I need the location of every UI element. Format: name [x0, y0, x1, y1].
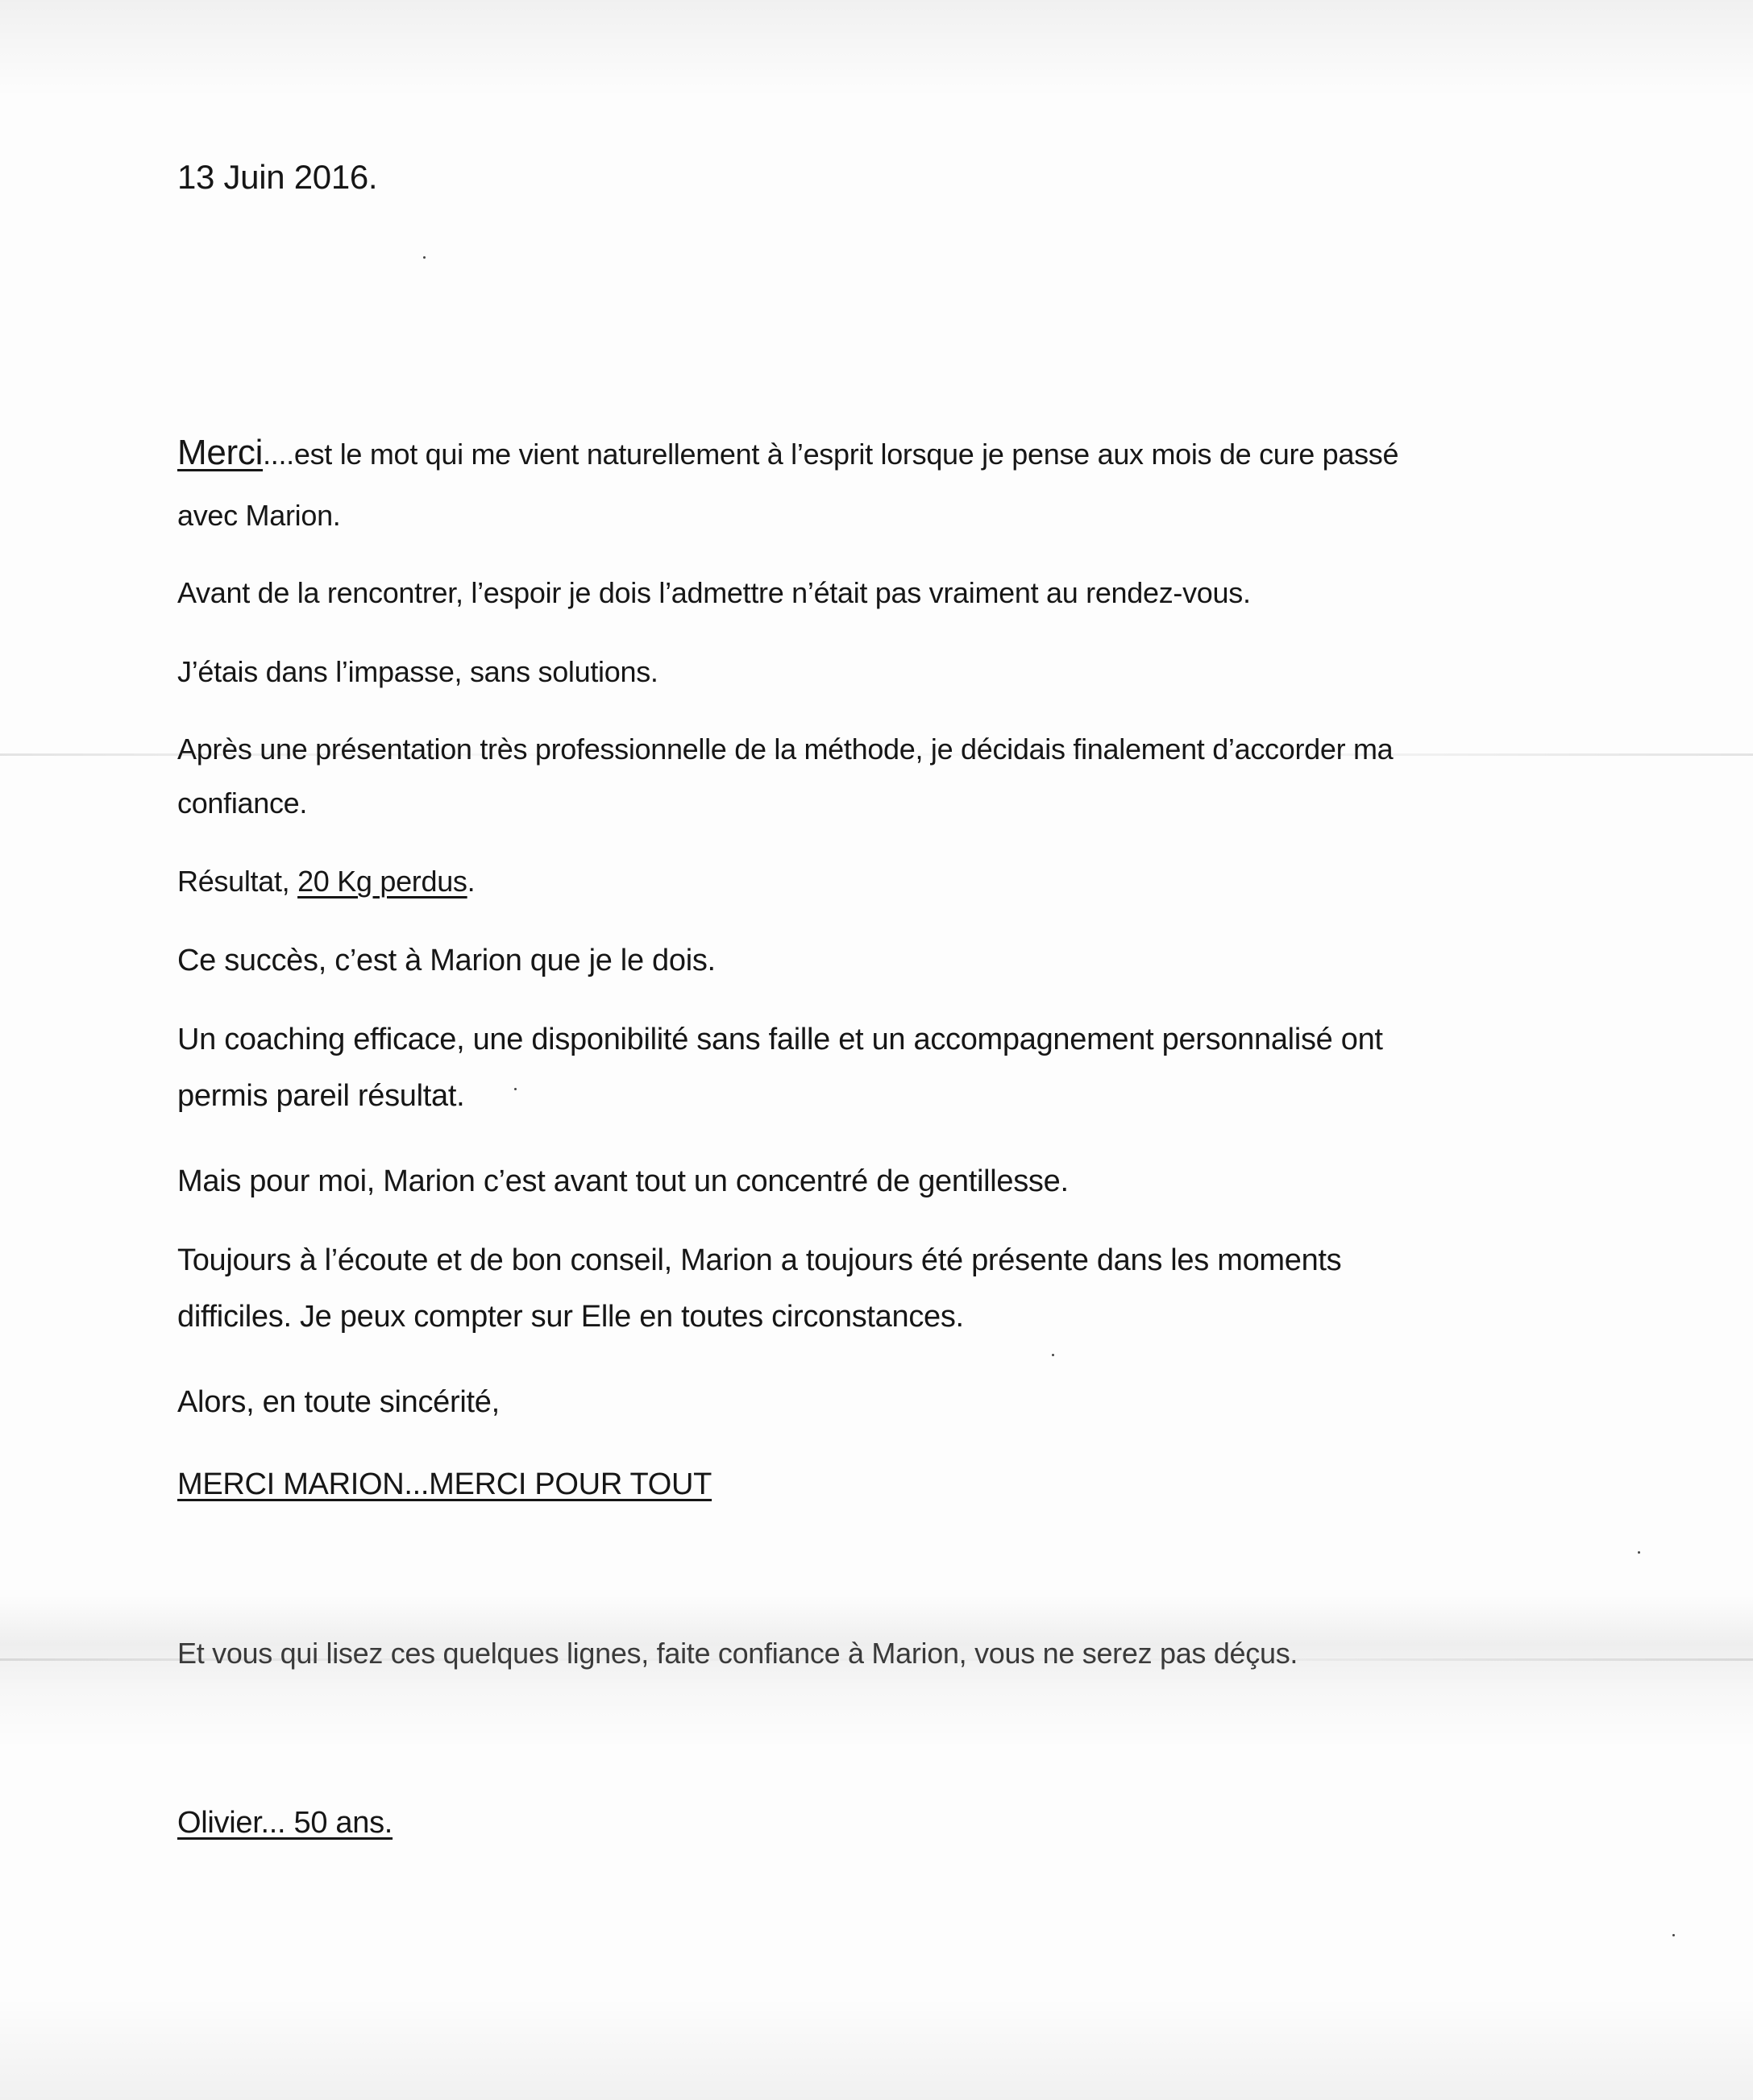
scan-speck: [1052, 1354, 1054, 1356]
letter-date: 13 Juin 2016.: [177, 160, 377, 195]
paragraph-method-line-1: Après une présentation très professionne…: [177, 732, 1393, 767]
paragraph-coaching-line-2: permis pareil résultat.: [177, 1078, 464, 1114]
paragraph-listening-line-2: difficiles. Je peux compter sur Elle en …: [177, 1299, 964, 1334]
merci-emphasis: Merci: [177, 433, 263, 472]
result-line: Résultat, 20 Kg perdus.: [177, 864, 475, 899]
paragraph-sincerity: Alors, en toute sincérité,: [177, 1384, 500, 1420]
paragraph-kindness: Mais pour moi, Marion c’est avant tout u…: [177, 1164, 1069, 1199]
paragraph-success: Ce succès, c’est à Marion que je le dois…: [177, 943, 716, 978]
paragraph-method-line-2: confiance.: [177, 786, 307, 821]
result-label: Résultat,: [177, 865, 297, 898]
paragraph-hope: Avant de la rencontrer, l’espoir je dois…: [177, 575, 1251, 611]
scan-speck: [423, 256, 426, 259]
paragraph-coaching-line-1: Un coaching efficace, une disponibilité …: [177, 1022, 1383, 1057]
opening-line: Merci....est le mot qui me vient naturel…: [177, 435, 1398, 472]
result-value: 20 Kg perdus: [297, 865, 467, 898]
result-end: .: [467, 865, 476, 898]
scan-speck: [1638, 1551, 1640, 1554]
paragraph-listening-line-1: Toujours à l’écoute et de bon conseil, M…: [177, 1243, 1341, 1278]
postscript-line: Et vous qui lisez ces quelques lignes, f…: [177, 1636, 1298, 1671]
signature: Olivier... 50 ans.: [177, 1805, 393, 1841]
scan-speck: [1672, 1934, 1675, 1936]
opening-line-2: avec Marion.: [177, 498, 341, 533]
opening-text: ....est le mot qui me vient naturellemen…: [263, 438, 1398, 471]
paragraph-impasse: J’étais dans l’impasse, sans solutions.: [177, 654, 658, 690]
scanned-letter-page: 13 Juin 2016. Merci....est le mot qui me…: [0, 0, 1753, 2100]
closing-line: MERCI MARION...MERCI POUR TOUT: [177, 1467, 712, 1502]
scan-speck: [514, 1088, 517, 1090]
